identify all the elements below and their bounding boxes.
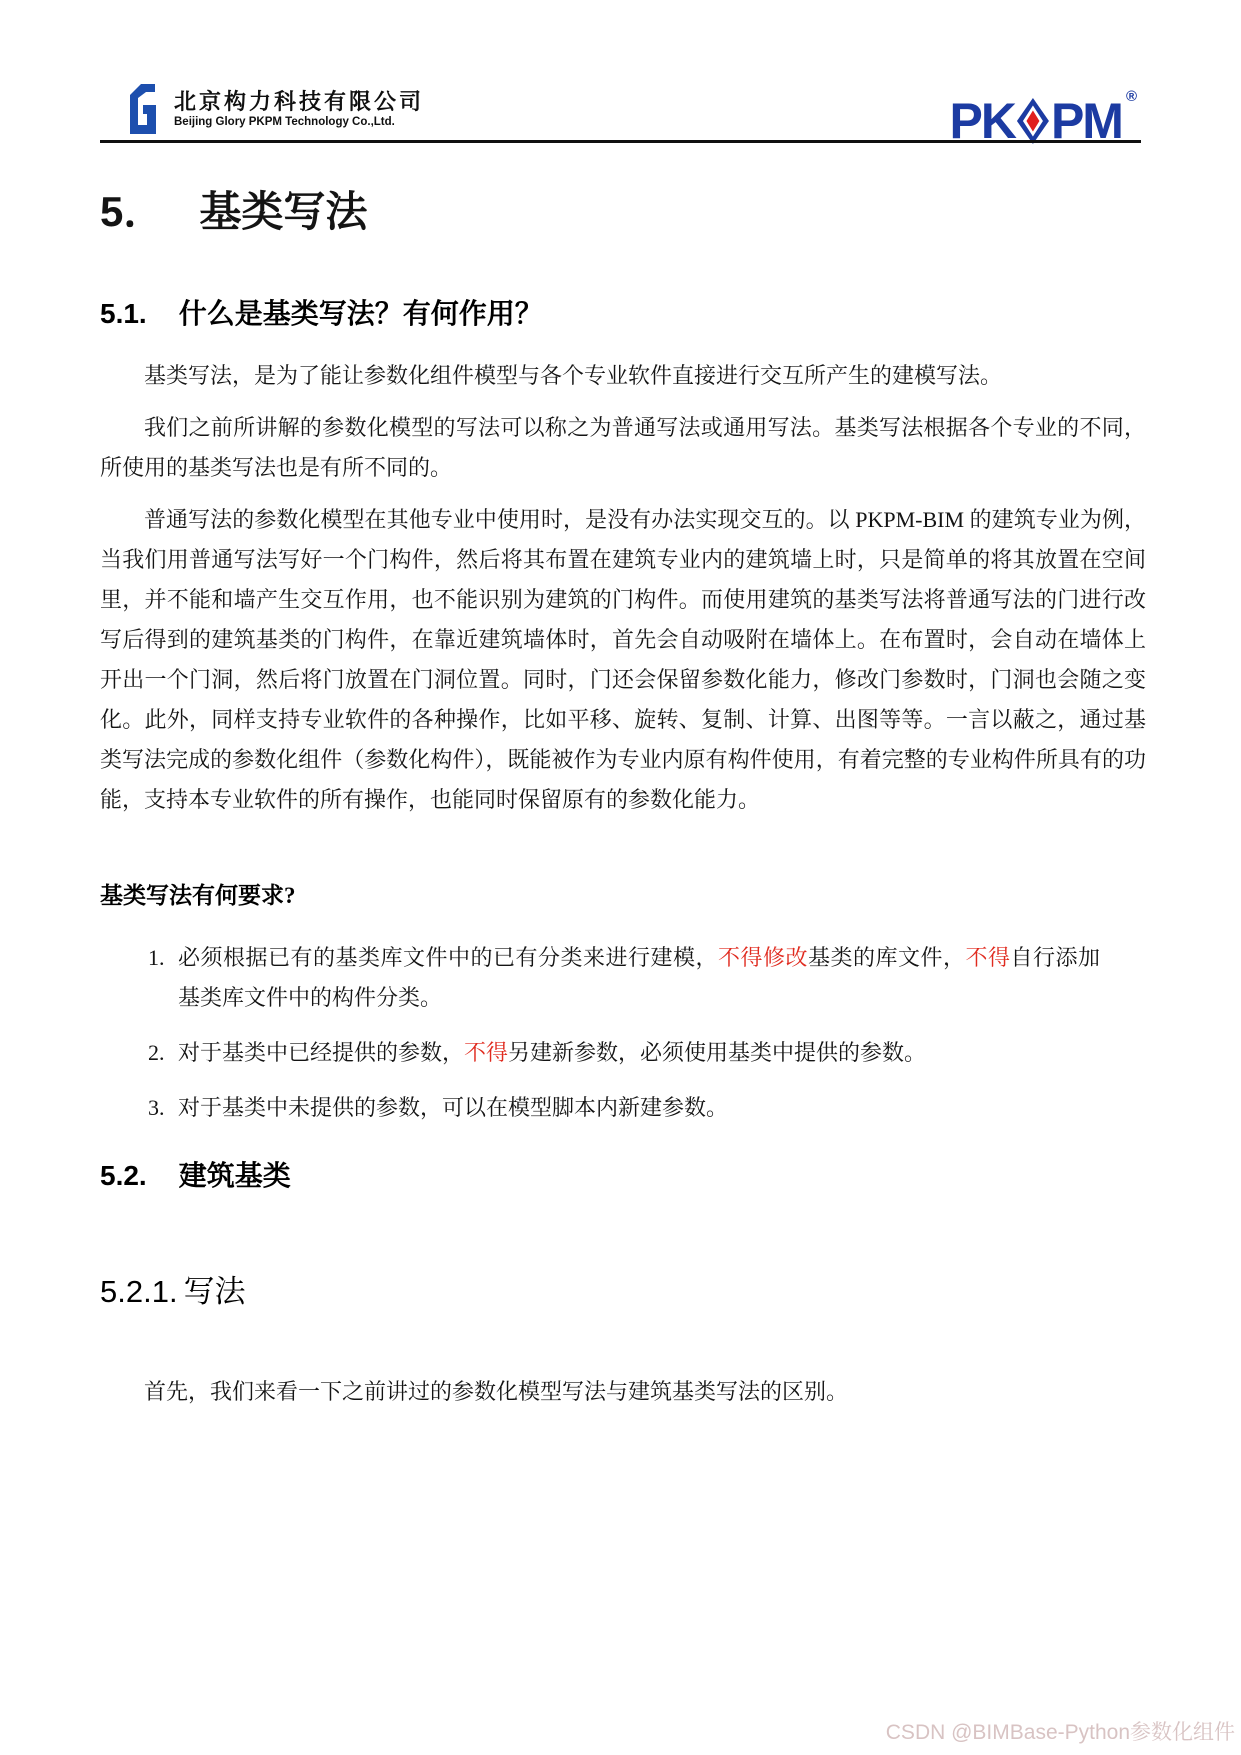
section-5-2-1-title: 写法 bbox=[184, 1274, 246, 1309]
section-5-2-title: 建筑基类 bbox=[179, 1160, 291, 1191]
requirement-text: 必须根据已有的基类库文件中的已有分类来进行建模，不得修改基类的库文件，不得自行添… bbox=[178, 938, 1100, 1018]
requirement-segment-red: 不得 bbox=[464, 1040, 508, 1065]
company-name-cn: 北京构力科技有限公司 bbox=[174, 90, 424, 113]
glory-g-icon bbox=[128, 84, 164, 134]
requirement-segment-red: 不得 bbox=[965, 945, 1010, 970]
chapter-number: 5． bbox=[100, 188, 165, 235]
section-5-2-1-number: 5.2.1. bbox=[100, 1274, 178, 1309]
csdn-watermark: CSDN @BIMBase-Python参数化组件 bbox=[886, 1716, 1235, 1746]
company-logo: 北京构力科技有限公司 Beijing Glory PKPM Technology… bbox=[128, 84, 424, 134]
section-5-1-title: 什么是基类写法？有何作用？ bbox=[179, 298, 543, 329]
paragraph: 普通写法的参数化模型在其他专业中使用时，是没有办法实现交互的。以 PKPM-BI… bbox=[100, 500, 1146, 820]
requirement-text: 对于基类中未提供的参数，可以在模型脚本内新建参数。 bbox=[178, 1088, 1100, 1128]
paragraph: 我们之前所讲解的参数化模型的写法可以称之为普通写法或通用写法。基类写法根据各个专… bbox=[100, 408, 1146, 488]
requirement-item: 2. 对于基类中已经提供的参数，不得另建新参数，必须使用基类中提供的参数。 bbox=[148, 1033, 1100, 1073]
paragraph: 基类写法，是为了能让参数化组件模型与各个专业软件直接进行交互所产生的建模写法。 bbox=[100, 356, 1146, 396]
requirement-segment-red: 不得修改 bbox=[718, 945, 808, 970]
requirement-number: 2. bbox=[148, 1033, 178, 1073]
section-5-2-1-body: 首先，我们来看一下之前讲过的参数化模型写法与建筑基类写法的区别。 bbox=[100, 1372, 1146, 1424]
section-5-2-number: 5.2. bbox=[100, 1160, 147, 1191]
registered-trademark: ® bbox=[1126, 88, 1137, 105]
company-text: 北京构力科技有限公司 Beijing Glory PKPM Technology… bbox=[174, 90, 424, 128]
section-5-2-1-heading: 5.2.1.写法 bbox=[100, 1272, 1145, 1312]
requirement-number: 3. bbox=[148, 1088, 178, 1128]
paragraph: 首先，我们来看一下之前讲过的参数化模型写法与建筑基类写法的区别。 bbox=[100, 1372, 1146, 1412]
header-divider bbox=[100, 140, 1141, 143]
requirements-list: 1. 必须根据已有的基类库文件中的已有分类来进行建模，不得修改基类的库文件，不得… bbox=[148, 938, 1100, 1143]
requirement-item: 1. 必须根据已有的基类库文件中的已有分类来进行建模，不得修改基类的库文件，不得… bbox=[148, 938, 1100, 1018]
requirement-segment: 基类的库文件， bbox=[808, 945, 966, 970]
requirements-heading: 基类写法有何要求? bbox=[100, 880, 1145, 912]
requirement-text: 对于基类中已经提供的参数，不得另建新参数，必须使用基类中提供的参数。 bbox=[178, 1033, 1100, 1073]
requirement-segment: 对于基类中已经提供的参数， bbox=[178, 1040, 464, 1065]
requirement-segment: 另建新参数，必须使用基类中提供的参数。 bbox=[508, 1040, 926, 1065]
company-name-en: Beijing Glory PKPM Technology Co.,Ltd. bbox=[174, 116, 424, 128]
section-5-1-body: 基类写法，是为了能让参数化组件模型与各个专业软件直接进行交互所产生的建模写法。 … bbox=[100, 356, 1146, 832]
section-5-2-heading: 5.2.建筑基类 bbox=[100, 1158, 1145, 1194]
chapter-title-text: 基类写法 bbox=[199, 190, 367, 236]
section-5-1-heading: 5.1.什么是基类写法？有何作用？ bbox=[100, 296, 1145, 332]
requirement-item: 3. 对于基类中未提供的参数，可以在模型脚本内新建参数。 bbox=[148, 1088, 1100, 1128]
requirement-number: 1. bbox=[148, 938, 178, 1018]
pkpm-diamond-icon bbox=[1017, 98, 1049, 144]
chapter-title: 5．基类写法 bbox=[100, 184, 1145, 241]
section-5-1-number: 5.1. bbox=[100, 298, 147, 329]
requirement-segment: 对于基类中未提供的参数，可以在模型脚本内新建参数。 bbox=[178, 1095, 728, 1120]
requirement-segment: 必须根据已有的基类库文件中的已有分类来进行建模， bbox=[178, 945, 718, 970]
